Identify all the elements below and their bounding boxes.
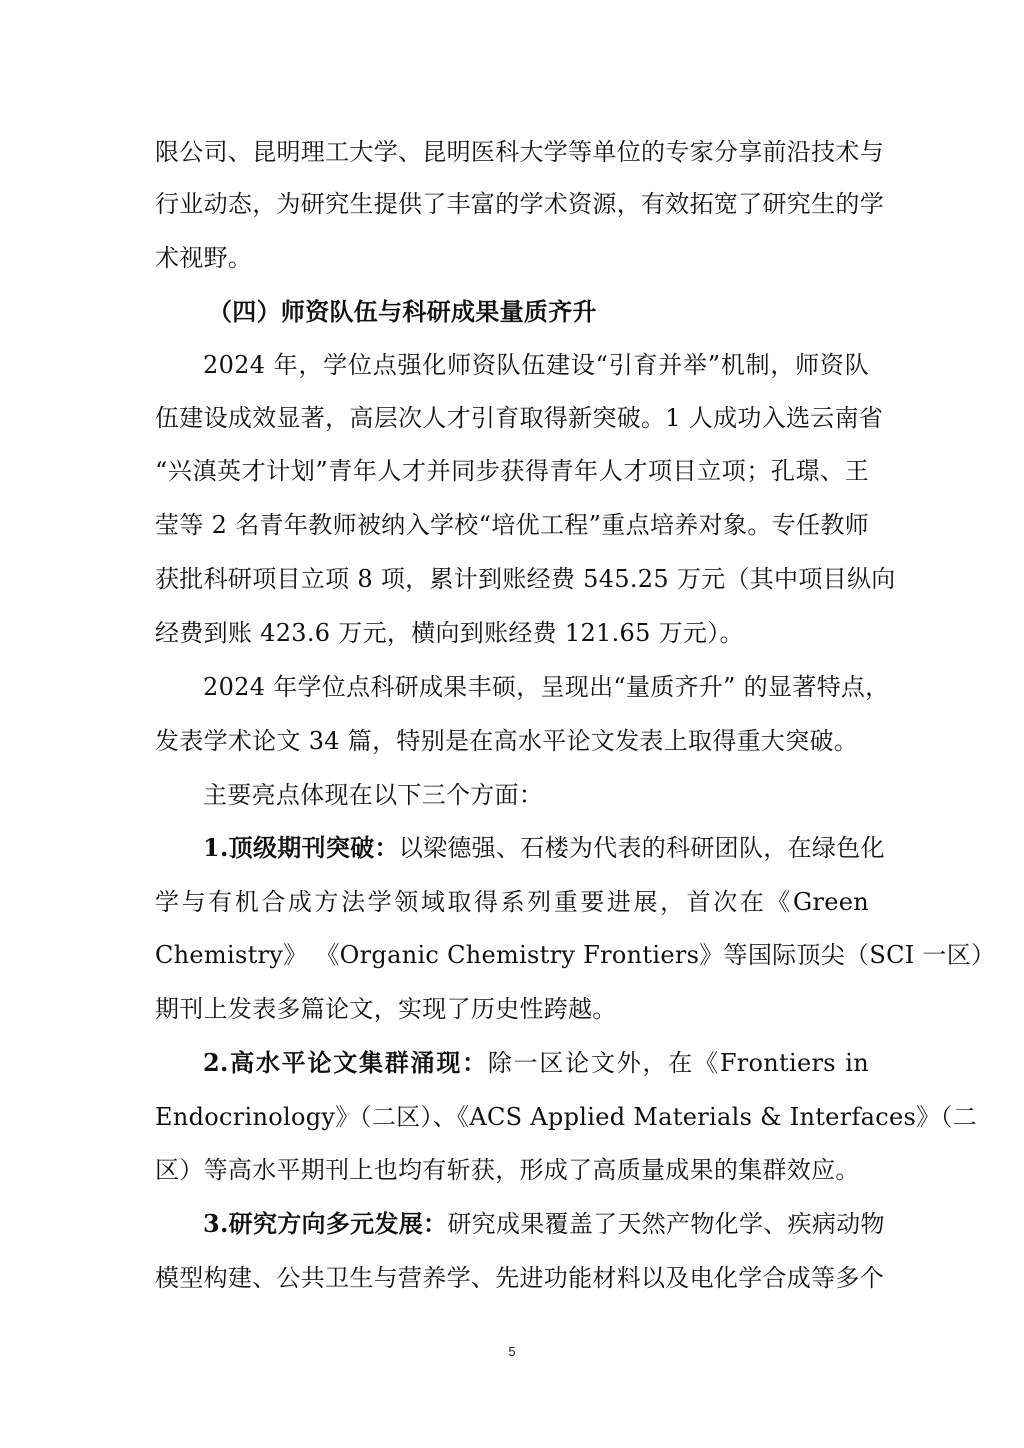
highlights-intro: 主要亮点体现在以下三个方面： (203, 780, 869, 810)
highlight-item-2-first-line: 2.高水平论文集群涌现：除一区论文外，在《Frontiers in (203, 1048, 869, 1078)
page-number: 5 (0, 1344, 1024, 1359)
paragraph-line: 发表学术论文 34 篇，特别是在高水平论文发表上取得重大突破。 (155, 726, 869, 756)
paragraph-line: 学与有机合成方法学领域取得系列重要进展，首次在《Green (155, 887, 869, 917)
paragraph-line: 2024 年，学位点强化师资队伍建设“引育并举”机制，师资队 (203, 350, 869, 380)
paragraph-line: 莹等 2 名青年教师被纳入学校“培优工程”重点培养对象。专任教师 (155, 510, 869, 540)
highlight-item-3-first-line: 3.研究方向多元发展：研究成果覆盖了天然产物化学、疾病动物 (203, 1209, 869, 1239)
paragraph-line: 2024 年学位点科研成果丰硕，呈现出“量质齐升” 的显著特点， (203, 672, 869, 702)
highlight-text: 研究成果覆盖了天然产物化学、疾病动物 (447, 1210, 884, 1238)
highlight-title: 1.顶级期刊突破： (203, 833, 399, 862)
paragraph-line: 区）等高水平期刊上也均有斩获，形成了高质量成果的集群效应。 (155, 1155, 869, 1185)
paragraph-line: 期刊上发表多篇论文，实现了历史性跨越。 (155, 994, 869, 1024)
paragraph-line: “兴滇英才计划”青年人才并同步获得青年人才项目立项；孔璟、王 (155, 456, 869, 486)
paragraph-line: 伍建设成效显著，高层次人才引育取得新突破。1 人成功入选云南省 (155, 403, 869, 433)
highlight-text: 以梁德强、石楼为代表的科研团队，在绿色化 (399, 834, 885, 862)
highlight-title: 3.研究方向多元发展： (203, 1209, 447, 1238)
highlight-title: 2.高水平论文集群涌现： (203, 1048, 488, 1077)
paragraph-line: 限公司、昆明理工大学、昆明医科大学等单位的专家分享前沿技术与 (155, 137, 869, 167)
paragraph-line: 经费到账 423.6 万元，横向到账经费 121.65 万元）。 (155, 618, 869, 648)
paragraph-line: 模型构建、公共卫生与营养学、先进功能材料以及电化学合成等多个 (155, 1263, 869, 1293)
paragraph-line: 获批科研项目立项 8 项，累计到账经费 545.25 万元（其中项目纵向 (155, 564, 869, 594)
document-page: 限公司、昆明理工大学、昆明医科大学等单位的专家分享前沿技术与 行业动态，为研究生… (0, 0, 1024, 1448)
paragraph-line: 术视野。 (155, 243, 869, 273)
highlight-text: 除一区论文外，在《Frontiers in (488, 1049, 869, 1077)
paragraph-line: Endocrinology》（二区）、《ACS Applied Material… (155, 1102, 869, 1132)
highlight-item-1-first-line: 1.顶级期刊突破：以梁德强、石楼为代表的科研团队，在绿色化 (203, 833, 869, 863)
section-heading: （四）师资队伍与科研成果量质齐升 (208, 297, 922, 327)
paragraph-line: 行业动态，为研究生提供了丰富的学术资源，有效拓宽了研究生的学 (155, 189, 869, 219)
paragraph-line: Chemistry》 《Organic Chemistry Frontiers》… (155, 940, 869, 970)
